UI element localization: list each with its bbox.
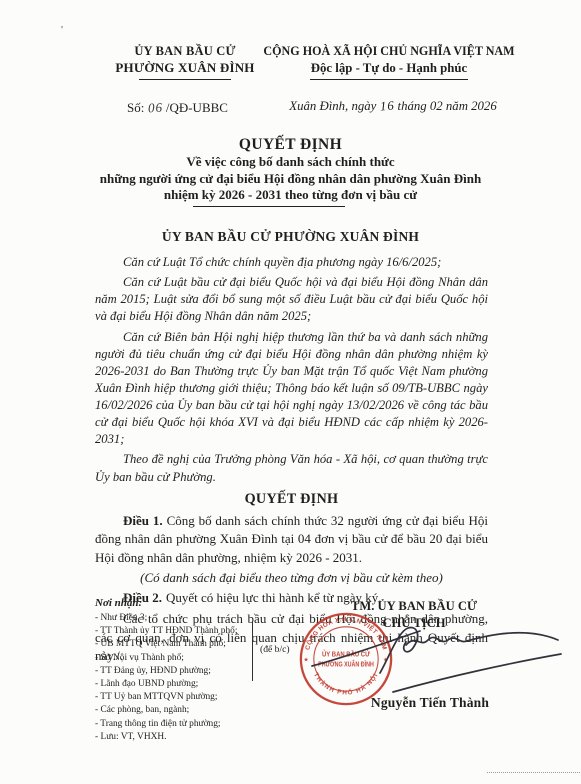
title-subject-line1: Về việc công bố danh sách chính thức (0, 154, 581, 171)
issuing-org-block: ỦY BAN BẦU CỬ PHƯỜNG XUÂN ĐÌNH (92, 44, 278, 80)
preamble-paragraph-4: Theo đề nghị của Trưởng phòng Văn hóa - … (95, 451, 488, 485)
org-underline (139, 79, 231, 80)
recipients-block: Nơi nhận: - Như Điều 3; - TT Thành ủy TT… (95, 597, 260, 744)
recipient-item: - Lưu: VT, VHXH. (95, 731, 260, 744)
document-page: ' ỦY BAN BẦU CỬ PHƯỜNG XUÂN ĐÌNH CỘNG HO… (0, 0, 581, 784)
recipient-item: - Sở Nội vụ Thành phố; (95, 652, 260, 665)
recipient-item: - Các phòng, ban, ngành; (95, 704, 260, 717)
preamble-paragraph-3: Căn cứ Biên bản Hội nghị hiệp thương lần… (95, 329, 488, 449)
recipient-item: - Như Điều 3; (95, 612, 260, 625)
footer: Nơi nhận: - Như Điều 3; - TT Thành ủy TT… (0, 593, 581, 784)
dateline-pre: Xuân Đình, ngày (289, 99, 376, 113)
signature-stroke-underline (393, 654, 561, 692)
recipient-item: - Lãnh đạo UBND phường; (95, 678, 260, 691)
bottom-dotted-line (487, 772, 580, 773)
number-handwritten-value: 06 (147, 100, 163, 117)
preamble: Căn cứ Luật Tổ chức chính quyền địa phươ… (95, 254, 488, 486)
signer-name: Nguyễn Tiến Thành (330, 695, 530, 711)
place-dateline: Xuân Đình, ngày 16 tháng 02 năm 2026 (268, 99, 518, 114)
recipient-item: - TT Thành ủy TT HĐND Thành phố; (95, 625, 260, 638)
article-1-label: Điều 1. (123, 513, 163, 528)
title-underline (193, 206, 345, 207)
title-subject-line3: nhiệm kỳ 2026 - 2031 theo từng đơn vị bầ… (0, 187, 581, 204)
preamble-paragraph-2: Căn cứ Luật bầu cử đại biểu Quốc hội và … (95, 274, 488, 325)
recipient-item: - TT Uỷ ban MTTQVN phường; (95, 691, 260, 704)
decision-heading: QUYẾT ĐỊNH (95, 491, 488, 508)
motto-underline (310, 79, 468, 80)
attachment-note: (Có danh sách đại biểu theo từng đơn vị … (95, 570, 488, 586)
title-subject-line2: những người ứng cử đại biểu Hội đồng nhâ… (0, 171, 581, 188)
org-name-line1: ỦY BAN BẦU CỬ (92, 44, 278, 59)
national-title: CỘNG HOÀ XÃ HỘI CHỦ NGHĨA VIỆT NAM (260, 44, 518, 59)
number-suffix: /QĐ-UBBC (166, 100, 228, 115)
national-header-block: CỘNG HOÀ XÃ HỘI CHỦ NGHĨA VIỆT NAM Độc l… (260, 44, 518, 80)
title-block: QUYẾT ĐỊNH Về việc công bố danh sách chí… (0, 136, 581, 245)
preamble-paragraph-1: Căn cứ Luật Tổ chức chính quyền địa phươ… (95, 254, 488, 271)
article-1: Điều 1.Công bố danh sách chính thức 32 n… (95, 512, 488, 567)
signature-stroke-flourish (406, 633, 558, 645)
recipient-item: - UB MTTQ Việt Nam Thành phố; (95, 638, 260, 651)
national-motto: Độc lập - Tự do - Hạnh phúc (260, 61, 518, 76)
document-type-heading: QUYẾT ĐỊNH (0, 136, 581, 154)
scan-corner-mark: ' (61, 24, 63, 36)
recipient-item: - TT Đảng ủy, HĐND phường; (95, 665, 260, 678)
dateline-post: tháng 02 năm 2026 (398, 99, 497, 113)
document-number: Số: 06 /QĐ-UBBC (127, 100, 228, 116)
org-name-line2: PHƯỜNG XUÂN ĐÌNH (92, 60, 278, 76)
recipient-item: - Trang thông tin điện tử phường; (95, 718, 260, 731)
number-label: Số: (127, 100, 144, 115)
handwritten-signature (250, 613, 581, 733)
issuer-heading: ỦY BAN BẦU CỬ PHƯỜNG XUÂN ĐÌNH (0, 229, 581, 245)
dateline-handwritten-day: 16 (379, 99, 395, 115)
recipients-label: Nơi nhận: (95, 597, 260, 609)
